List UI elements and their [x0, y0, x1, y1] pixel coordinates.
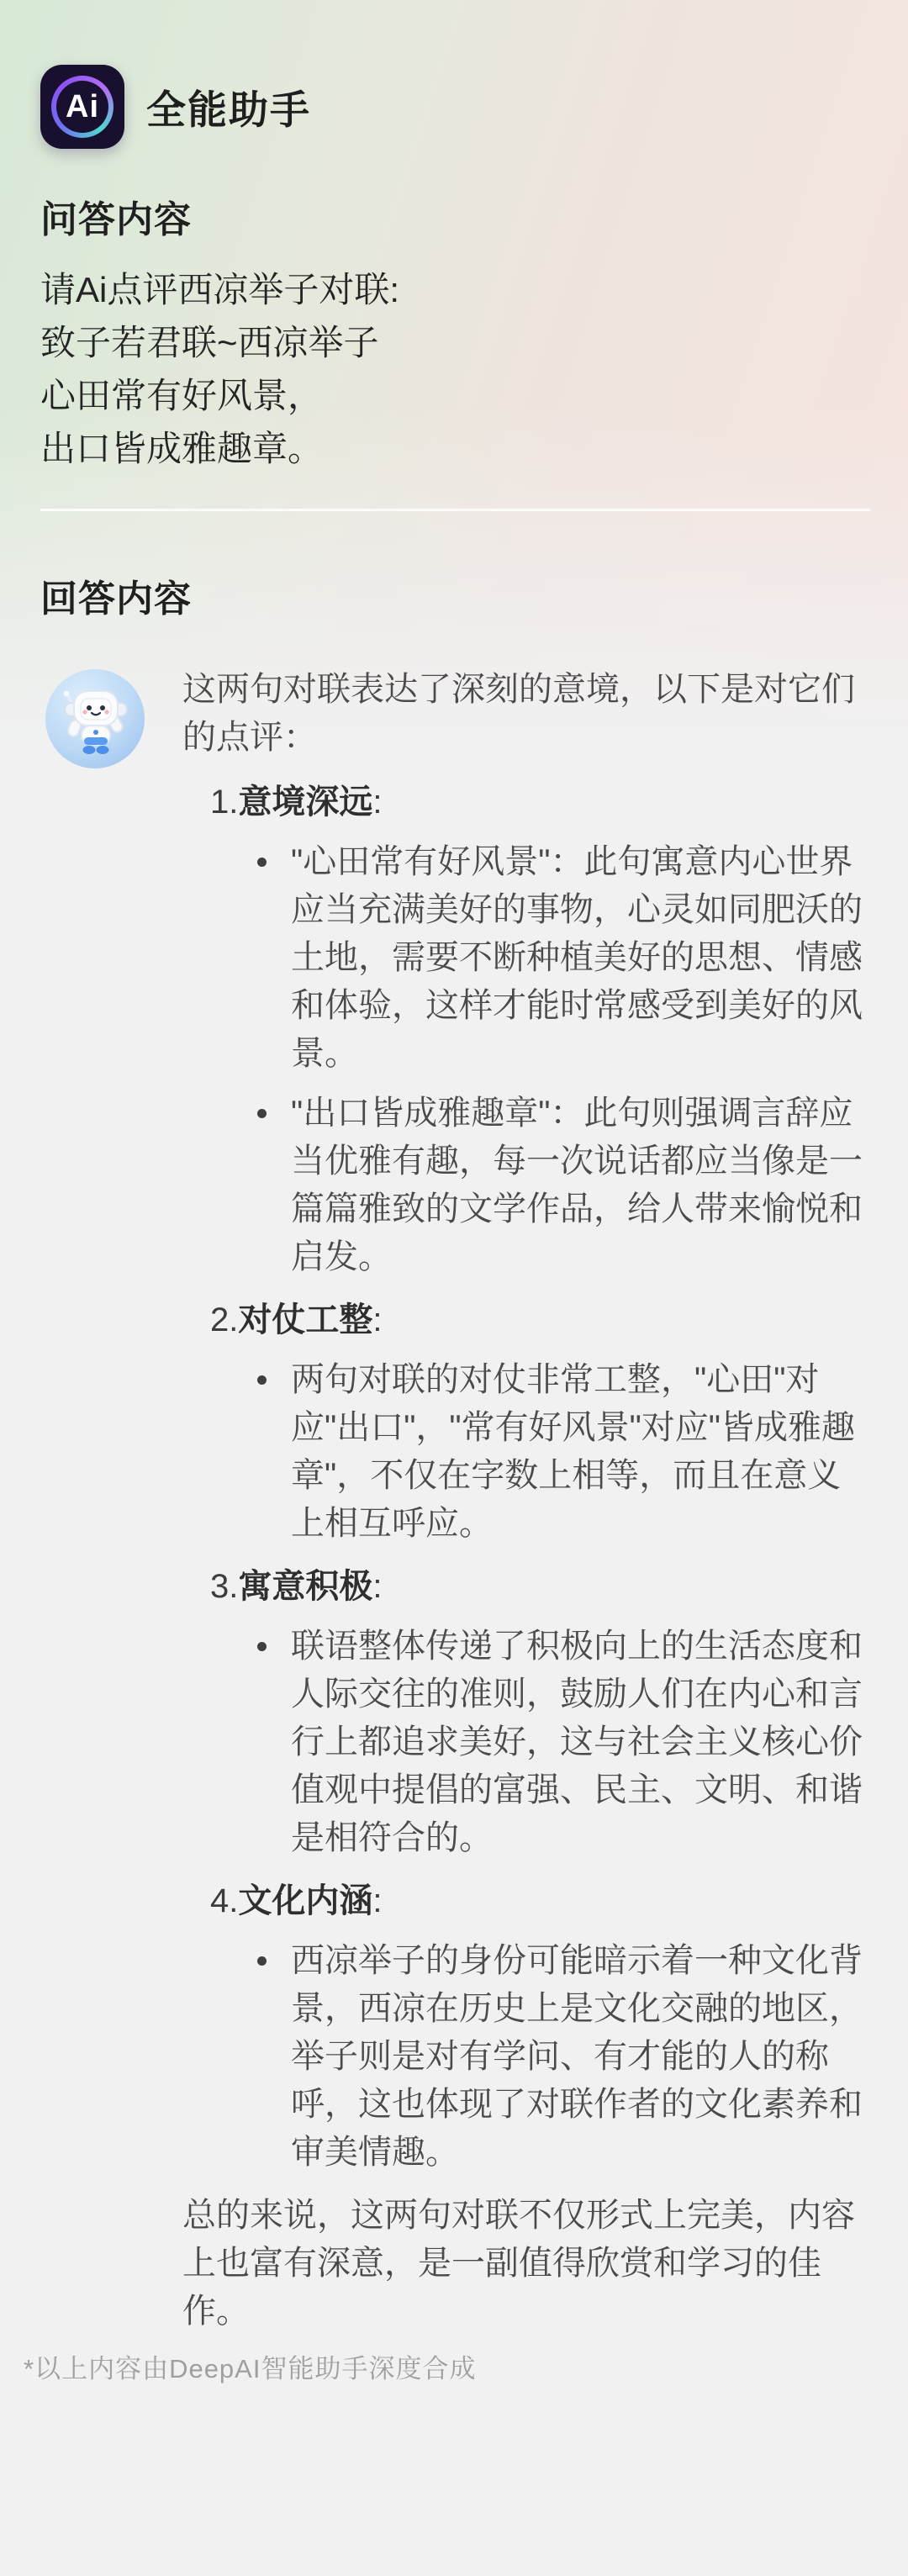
bullet-item: "出口皆成雅趣章"：此句则强调言辞应当优雅有趣，每一次说话都应当像是一篇篇雅致的… — [182, 1090, 870, 1281]
app-logo-icon: Ai — [40, 65, 124, 149]
point-colon: : — [372, 1301, 382, 1338]
app-header: Ai 全能助手 — [40, 63, 870, 150]
point-number: 1. — [210, 784, 238, 821]
point-title: 文化内涵 — [238, 1882, 372, 1919]
question-section: 问答内容 请Ai点评西凉举子对联: 致子若君联~西凉举子 心田常有好风景， 出口… — [40, 189, 870, 475]
question-section-title: 问答内容 — [40, 189, 870, 243]
point-colon: : — [372, 1568, 382, 1605]
content: Ai 全能助手 问答内容 请Ai点评西凉举子对联: 致子若君联~西凉举子 心田常… — [0, 0, 908, 2336]
assistant-avatar — [45, 669, 145, 768]
answer-intro: 这两句对联表达了深刻的意境，以下是对它们的点评： — [182, 666, 870, 762]
bullet-item: 两句对联的对仗非常工整，"心田"对应"出口"，"常有好风景"对应"皆成雅趣章"，… — [182, 1356, 870, 1548]
answer-summary: 总的来说，这两句对联不仅形式上完美，内容上也富有深意，是一副值得欣赏和学习的佳作… — [182, 2192, 870, 2336]
point-title: 对仗工整 — [238, 1301, 372, 1338]
point-number: 3. — [210, 1568, 238, 1605]
point-title: 寓意积极 — [238, 1568, 372, 1605]
question-line: 致子若君联~西凉举子 — [40, 316, 870, 369]
question-text: 请Ai点评西凉举子对联: 致子若君联~西凉举子 心田常有好风景， 出口皆成雅趣章… — [40, 263, 870, 475]
point-bullets: 联语整体传递了积极向上的生活态度和人际交往的准则，鼓励人们在内心和言行上都追求美… — [182, 1623, 870, 1862]
point-bullets: 两句对联的对仗非常工整，"心田"对应"出口"，"常有好风景"对应"皆成雅趣章"，… — [182, 1356, 870, 1548]
answer-section: 回答内容 — [40, 568, 870, 2336]
section-divider — [40, 509, 870, 511]
point-title: 意境深远 — [238, 784, 372, 821]
app-title: 全能助手 — [146, 79, 311, 135]
question-line: 请Ai点评西凉举子对联: — [40, 263, 870, 316]
answer-point-heading: 3.寓意积极: — [182, 1563, 870, 1611]
bullet-item: 联语整体传递了积极向上的生活态度和人际交往的准则，鼓励人们在内心和言行上都追求美… — [182, 1623, 870, 1862]
bullet-item: "心田常有好风景"：此句寓意内心世界应当充满美好的事物，心灵如同肥沃的土地，需要… — [182, 838, 870, 1078]
answer-point-heading: 1.意境深远: — [182, 779, 870, 826]
point-colon: : — [372, 1882, 382, 1919]
logo-ai-text: Ai — [40, 65, 124, 149]
point-colon: : — [372, 784, 382, 821]
answer-point-heading: 2.对仗工整: — [182, 1296, 870, 1344]
point-bullets: 西凉举子的身份可能暗示着一种文化背景，西凉在历史上是文化交融的地区，举子则是对有… — [182, 1937, 870, 2177]
disclaimer: *以上内容由DeepAI智能助手深度合成 — [24, 2347, 476, 2385]
bullet-item: 西凉举子的身份可能暗示着一种文化背景，西凉在历史上是文化交融的地区，举子则是对有… — [182, 1937, 870, 2177]
answer-body: 这两句对联表达了深刻的意境，以下是对它们的点评： 1.意境深远: "心田常有好风… — [182, 659, 870, 2336]
point-number: 2. — [210, 1301, 238, 1338]
point-number: 4. — [210, 1882, 238, 1919]
answer-point-heading: 4.文化内涵: — [182, 1877, 870, 1925]
point-bullets: "心田常有好风景"：此句寓意内心世界应当充满美好的事物，心灵如同肥沃的土地，需要… — [182, 838, 870, 1281]
answer-row: 这两句对联表达了深刻的意境，以下是对它们的点评： 1.意境深远: "心田常有好风… — [40, 659, 870, 2336]
robot-avatar-icon — [45, 669, 145, 768]
answer-section-title: 回答内容 — [40, 568, 870, 622]
question-line: 出口皆成雅趣章。 — [40, 422, 870, 475]
question-line: 心田常有好风景， — [40, 369, 870, 422]
page: Ai 全能助手 问答内容 请Ai点评西凉举子对联: 致子若君联~西凉举子 心田常… — [0, 0, 908, 2576]
